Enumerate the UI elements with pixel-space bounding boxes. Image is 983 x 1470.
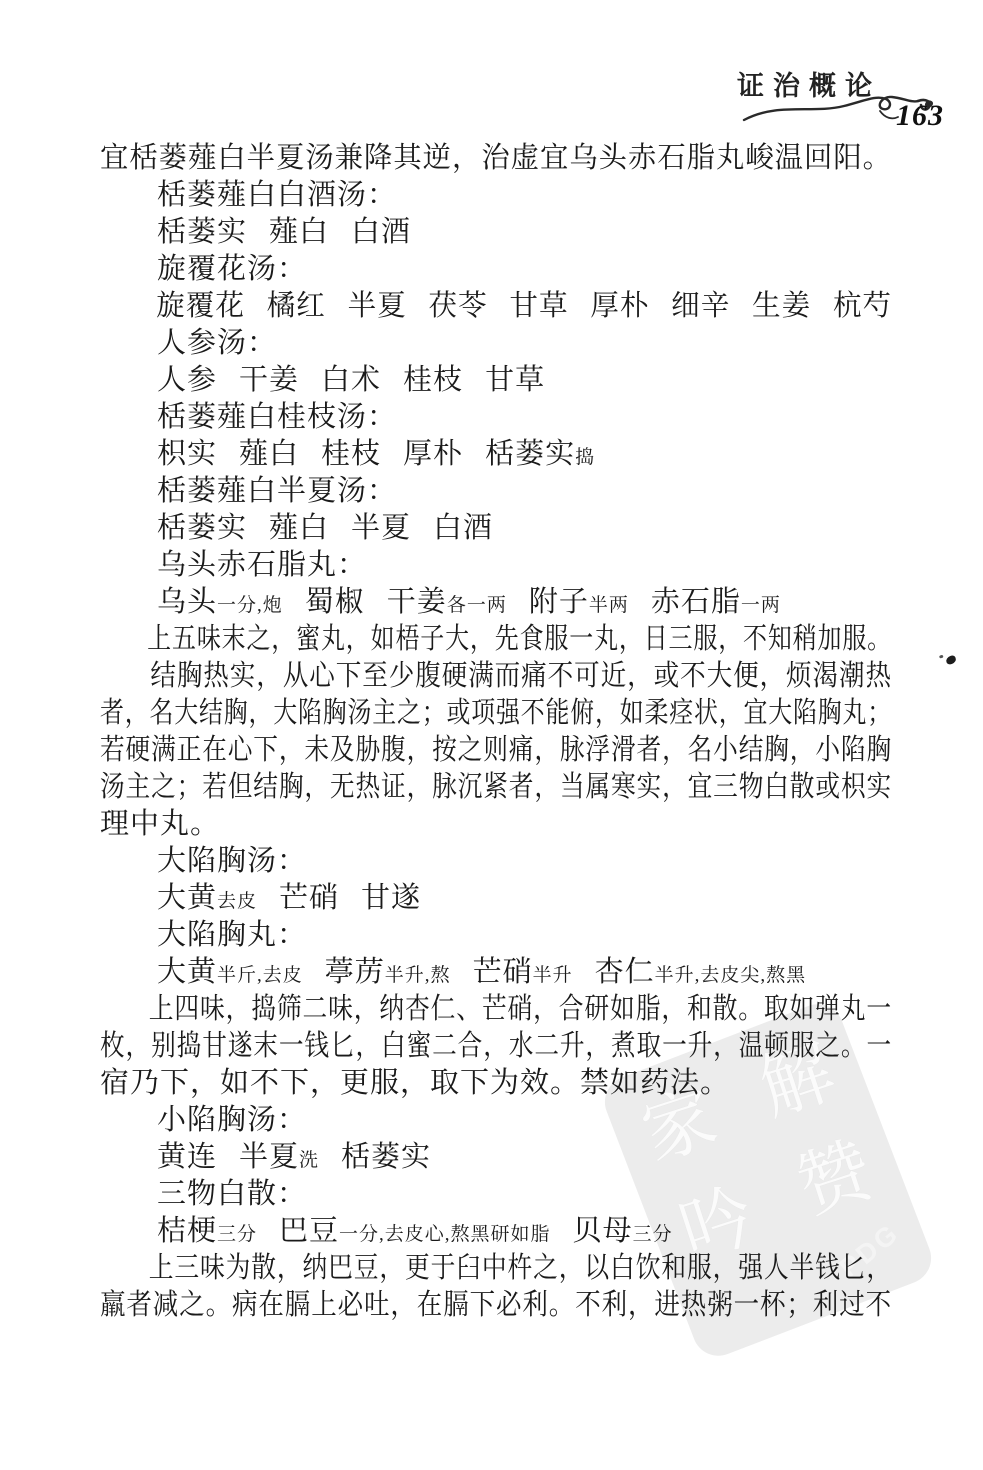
- annotation-text: 半升,去皮尖,熬黑: [655, 965, 807, 986]
- text-line: 旋覆花橘红半夏茯苓甘草厚朴细辛生姜杭芍: [100, 288, 881, 325]
- body-text: 三物白散：: [157, 1178, 307, 1210]
- body-text: 上五味末之，蜜丸，如梧子大，先食服一丸，日三服，不知稍加服。: [147, 623, 892, 655]
- body-text: 附子: [529, 586, 589, 618]
- body-text: 结胸热实，从心下至少腹硬满而痛不可近，或不大便，烦渴潮热: [150, 660, 892, 692]
- body-text: 干姜: [387, 586, 447, 618]
- text-line: 者，名大结胸，大陷胸汤主之；或项强不能俯，如柔痉状，宜大陷胸丸；: [100, 695, 753, 732]
- text-line: 宜栝蒌薤白半夏汤兼降其逆，治虚宜乌头赤石脂丸峻温回阳。: [100, 140, 874, 177]
- body-text: 小陷胸汤：: [157, 1104, 307, 1136]
- annotation-text: 一分,炮: [217, 595, 283, 616]
- text-line: 理中丸。: [100, 806, 892, 843]
- body-text: 栝蒌薤白桂枝汤：: [157, 401, 397, 433]
- body-text: 芒硝: [279, 882, 339, 914]
- body-text: 者，名大结胸，大陷胸汤主之；或项强不能俯，如柔痉状，宜大陷胸丸；: [100, 697, 892, 729]
- annotation-text: 一两: [741, 595, 781, 616]
- text-line: 黄连半夏洗栝蒌实: [100, 1139, 892, 1176]
- text-line: 枳实薤白桂枝厚朴栝蒌实捣: [100, 436, 892, 473]
- body-text: 厚朴: [590, 290, 649, 322]
- text-line: 枚，别捣甘遂末一钱匕，白蜜二合，水二升，煮取一升，温顿服之。一: [100, 1028, 774, 1065]
- annotation-text: 洗: [299, 1150, 319, 1171]
- body-text: 枳实: [157, 438, 217, 470]
- annotation-text: 三分: [217, 1224, 257, 1245]
- body-text: 杏仁: [595, 956, 655, 988]
- body-text: 甘遂: [361, 882, 421, 914]
- body-text: 甘草: [485, 364, 545, 396]
- body-text: 白酒: [351, 216, 411, 248]
- text-line: 乌头一分,炮蜀椒干姜各一两附子半两赤石脂一两: [100, 584, 892, 621]
- body-text: 薤白: [269, 512, 329, 544]
- text-line: 羸者减之。病在膈上必吐，在膈下必利。不利，进热粥一杯；利过不: [100, 1287, 797, 1324]
- body-text: 白术: [321, 364, 381, 396]
- text-line: 栝蒌实薤白半夏白酒: [100, 510, 892, 547]
- text-line: 大黄去皮芒硝甘遂: [100, 880, 892, 917]
- body-text: 旋覆花: [156, 290, 245, 322]
- text-line: 上四味，捣筛二味，纳杏仁、芒硝，合研如脂，和散。取如弹丸一: [100, 991, 777, 1028]
- body-text: 生姜: [752, 290, 811, 322]
- body-text: 半夏: [239, 1141, 299, 1173]
- body-text: 薤白: [239, 438, 299, 470]
- body-text: 蜀椒: [305, 586, 365, 618]
- text-line: 宿乃下，如不下，更服，取下为效。禁如药法。: [100, 1065, 892, 1102]
- body-text: 宿乃下，如不下，更服，取下为效。禁如药法。: [100, 1067, 730, 1099]
- body-text: 栝蒌实: [157, 512, 247, 544]
- body-text: 乌头赤石脂丸：: [157, 549, 367, 581]
- body-text: 白酒: [433, 512, 493, 544]
- text-line: 大陷胸丸：: [100, 917, 892, 954]
- body-text: 乌头: [157, 586, 217, 618]
- text-line: 汤主之；若但结胸，无热证，脉沉紧者，当属寒实，宜三物白散或枳实: [100, 769, 774, 806]
- body-text: 半夏: [351, 512, 411, 544]
- body-text: 薤白: [269, 216, 329, 248]
- body-text: 大陷胸丸：: [157, 919, 307, 951]
- annotation-text: 半升: [533, 965, 573, 986]
- page-number: 163: [896, 99, 944, 133]
- body-text: 栝蒌实: [157, 216, 247, 248]
- body-text: 旋覆花汤：: [157, 253, 307, 285]
- body-text: 汤主之；若但结胸，无热证，脉沉紧者，当属寒实，宜三物白散或枳实: [100, 771, 892, 803]
- text-line: 结胸热实，从心下至少腹硬满而痛不可近，或不大便，烦渴潮热: [100, 658, 799, 695]
- body-text: 若硬满正在心下，未及胁腹，按之则痛，脉浮滑者，名小结胸，小陷胸: [100, 734, 892, 766]
- annotation-text: 半升,熬: [385, 965, 451, 986]
- text-line: 乌头赤石脂丸：: [100, 547, 892, 584]
- body-text: 栝蒌实: [485, 438, 575, 470]
- text-line: 人参干姜白术桂枝甘草: [100, 362, 892, 399]
- body-text: 栝蒌薤白白酒汤：: [157, 179, 397, 211]
- text-line: 人参汤：: [100, 325, 892, 362]
- text-line: 大陷胸汤：: [100, 843, 892, 880]
- annotation-text: 半斤,去皮: [217, 965, 303, 986]
- body-text: 大黄: [157, 882, 217, 914]
- body-text: 大陷胸汤：: [157, 845, 307, 877]
- text-line: 若硬满正在心下，未及胁腹，按之则痛，脉浮滑者，名小结胸，小陷胸: [100, 732, 774, 769]
- body-text: 半夏: [348, 290, 407, 322]
- text-line: 上三味为散，纳巴豆，更于臼中杵之，以白饮和服，强人半钱匕，: [100, 1250, 777, 1287]
- body-text: 橘红: [267, 290, 326, 322]
- text-line: 三物白散：: [100, 1176, 892, 1213]
- ink-speck: [945, 655, 957, 666]
- text-line: 旋覆花汤：: [100, 251, 892, 288]
- body-text: 大黄: [157, 956, 217, 988]
- text-line: 上五味末之，蜜丸，如梧子大，先食服一丸，日三服，不知稍加服。: [100, 621, 755, 658]
- annotation-text: 半两: [589, 595, 629, 616]
- annotation-text: 各一两: [447, 595, 507, 616]
- text-line: 栝蒌实薤白白酒: [100, 214, 892, 251]
- body-text: 人参: [157, 364, 217, 396]
- text-line: 栝蒌薤白桂枝汤：: [100, 399, 892, 436]
- body-text: 赤石脂: [651, 586, 741, 618]
- body-text: 枚，别捣甘遂末一钱匕，白蜜二合，水二升，煮取一升，温顿服之。一: [100, 1030, 892, 1062]
- body-text: 贝母: [573, 1215, 633, 1247]
- annotation-text: 捣: [575, 447, 595, 468]
- body-text: 理中丸。: [100, 808, 220, 840]
- page-text: 宜栝蒌薤白半夏汤兼降其逆，治虚宜乌头赤石脂丸峻温回阳。栝蒌薤白白酒汤：栝蒌实薤白…: [100, 140, 892, 1324]
- annotation-text: 一分,去皮心,熬黑研如脂: [339, 1224, 551, 1245]
- text-line: 小陷胸汤：: [100, 1102, 892, 1139]
- body-text: 黄连: [157, 1141, 217, 1173]
- text-line: 栝蒌薤白白酒汤：: [100, 177, 892, 214]
- body-text: 宜栝蒌薤白半夏汤兼降其逆，治虚宜乌头赤石脂丸峻温回阳。: [100, 142, 892, 174]
- body-text: 上四味，捣筛二味，纳杏仁、芒硝，合研如脂，和散。取如弹丸一: [149, 993, 892, 1025]
- annotation-text: 三分: [633, 1224, 673, 1245]
- text-line: 大黄半斤,去皮葶苈半升,熬芒硝半升杏仁半升,去皮尖,熬黑: [100, 954, 892, 991]
- body-text: 杭芍: [833, 290, 892, 322]
- body-text: 栝蒌实: [341, 1141, 431, 1173]
- body-text: 栝蒌薤白半夏汤：: [157, 475, 397, 507]
- body-text: 上三味为散，纳巴豆，更于臼中杵之，以白饮和服，强人半钱匕，: [149, 1252, 892, 1284]
- body-text: 桂枝: [403, 364, 463, 396]
- body-text: 茯苓: [428, 290, 487, 322]
- body-text: 芒硝: [473, 956, 533, 988]
- annotation-text: 去皮: [217, 891, 257, 912]
- body-text: 厚朴: [403, 438, 463, 470]
- text-line: 桔梗三分巴豆一分,去皮心,熬黑研如脂贝母三分: [100, 1213, 892, 1250]
- body-text: 桔梗: [157, 1215, 217, 1247]
- body-text: 甘草: [509, 290, 568, 322]
- body-text: 羸者减之。病在膈上必吐，在膈下必利。不利，进热粥一杯；利过不: [100, 1289, 892, 1321]
- body-text: 干姜: [239, 364, 299, 396]
- body-text: 桂枝: [321, 438, 381, 470]
- body-text: 葶苈: [325, 956, 385, 988]
- body-text: 细辛: [671, 290, 730, 322]
- body-text: 人参汤：: [157, 327, 277, 359]
- text-line: 栝蒌薤白半夏汤：: [100, 473, 892, 510]
- body-text: 巴豆: [279, 1215, 339, 1247]
